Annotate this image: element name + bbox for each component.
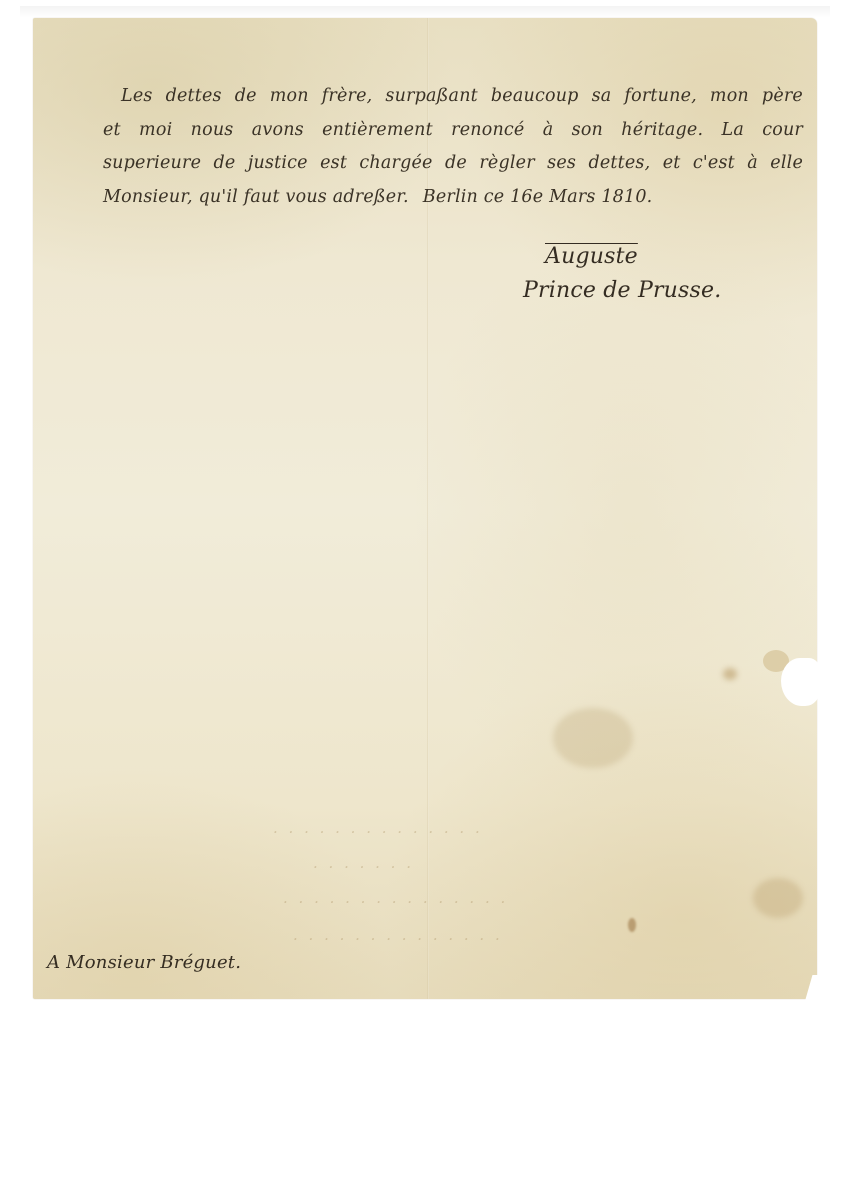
body-line: Monsieur, qu'il faut vous adreßer.: [103, 187, 409, 207]
bleed-through-text: · · · · · · · · · · · · · · ·: [283, 893, 508, 911]
addressee-line: A Monsieur Bréguet.: [47, 952, 241, 973]
bleed-through-text: · · · · · · ·: [313, 858, 414, 876]
body-line: et moi nous avons entièrement renoncé à …: [103, 114, 803, 148]
stain-mark: [723, 668, 737, 680]
letter-sheet: · · · · · · · · · · · · · · · · · · · · …: [33, 18, 817, 999]
letter-body: Les dettes de mon frère, surpaßant beauc…: [103, 80, 803, 214]
body-line: Les dettes de mon frère, surpaßant beauc…: [103, 80, 803, 114]
stain-mark: [553, 708, 633, 768]
bleed-through-text: · · · · · · · · · · · · · ·: [293, 930, 503, 948]
corner-damage: [805, 975, 826, 1001]
scan-shadow: [20, 6, 830, 18]
dateline: Berlin ce 16e Mars 1810.: [423, 187, 653, 207]
signature-block: Auguste Prince de Prusse.: [523, 240, 721, 308]
tear-hole: [781, 658, 821, 706]
body-line: superieure de justice est chargée de règ…: [103, 147, 803, 181]
body-line-with-date: Monsieur, qu'il faut vous adreßer.Berlin…: [103, 181, 803, 215]
signature-title: Prince de Prusse.: [523, 274, 721, 308]
stain-mark: [753, 878, 803, 918]
stain-mark: [628, 918, 636, 932]
signature-name: Auguste: [523, 240, 721, 274]
bleed-through-text: · · · · · · · · · · · · · ·: [273, 823, 483, 841]
